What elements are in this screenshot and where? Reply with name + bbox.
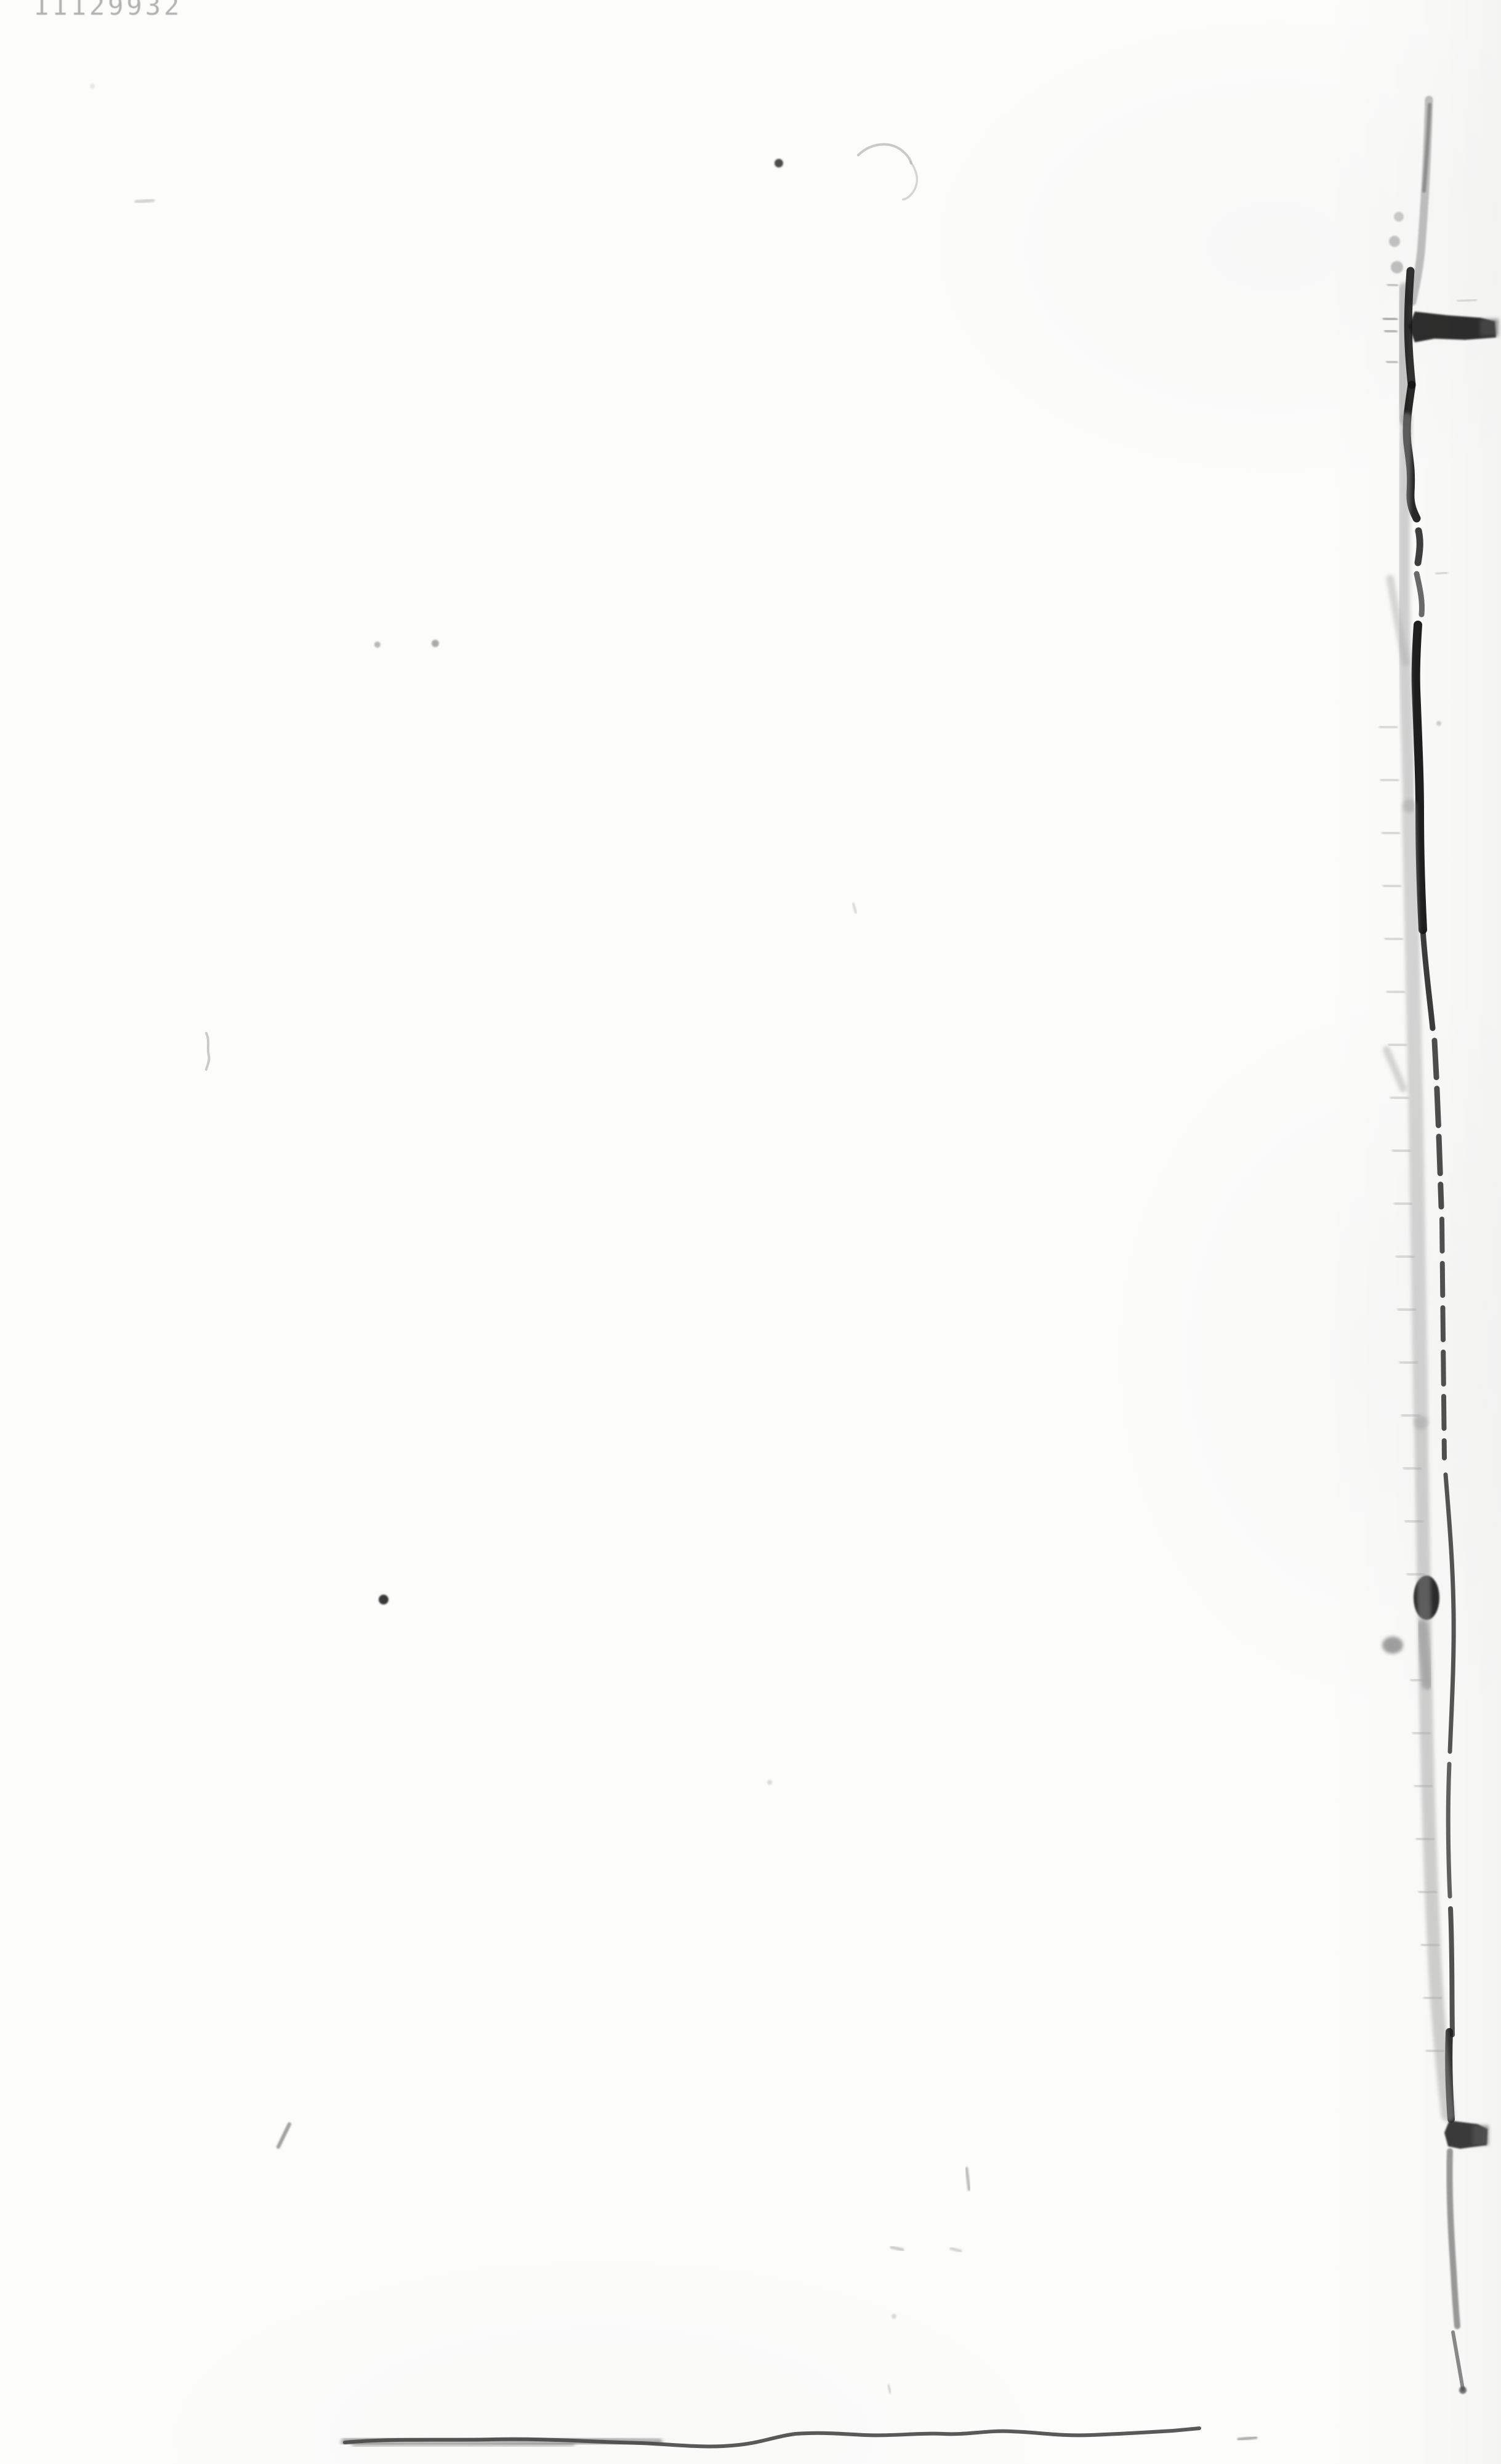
gutter-band-tick xyxy=(1389,991,1402,992)
gutter-dark-line-dashed-a xyxy=(1435,1041,1441,1207)
gutter-dark-line-dashed-b xyxy=(1442,1219,1444,1458)
scan-speck xyxy=(767,1780,772,1785)
gutter-band-tick xyxy=(1385,885,1399,887)
gutter-band-tick xyxy=(1417,1786,1430,1787)
gutter-ink-blob-left xyxy=(1382,1637,1403,1654)
book-gutter-streak xyxy=(1382,100,1499,2389)
pencil-marks xyxy=(206,144,917,1069)
gutter-band-tick xyxy=(1407,1521,1421,1522)
scan-dash xyxy=(137,200,153,202)
scan-artifacts-layer xyxy=(0,0,1501,2464)
gutter-band-tick xyxy=(1393,1097,1406,1098)
gutter-dark-line-curve xyxy=(1446,1475,1454,1752)
gutter-band-tick xyxy=(1398,1256,1412,1257)
scan-speck xyxy=(1459,2386,1467,2394)
gutter-gray-band-a xyxy=(1404,419,1409,807)
gutter-band-tick xyxy=(1402,1362,1415,1363)
gutter-tail xyxy=(1449,2151,1457,2326)
bottom-edge-line-fuzz-a xyxy=(345,2440,659,2442)
gutter-band-tick xyxy=(1391,1044,1404,1045)
scan-dash xyxy=(278,2124,289,2147)
gutter-band-tick xyxy=(1400,1309,1414,1310)
gutter-band-tick xyxy=(1382,727,1395,728)
scan-speck xyxy=(1391,261,1403,273)
scan-speck xyxy=(1436,721,1441,726)
scan-speck xyxy=(374,642,380,648)
gutter-band-tick xyxy=(1419,1838,1432,1840)
gutter-dark-line-c xyxy=(1418,531,1420,563)
gutter-dark-line-f xyxy=(1423,930,1433,1028)
bottom-edge-line-fuzz-b xyxy=(354,2444,573,2446)
scan-dash xyxy=(1458,300,1476,301)
gutter-band-tick xyxy=(1384,832,1398,834)
gutter-band-tick xyxy=(1396,1203,1410,1204)
gutter-dark-line-a xyxy=(1408,271,1412,385)
gutter-dark-line-h xyxy=(1451,1909,1452,2035)
scan-speck xyxy=(90,84,95,89)
scan-speck xyxy=(432,640,439,647)
gutter-band-tick xyxy=(1406,1468,1419,1469)
scan-speck xyxy=(379,1595,388,1604)
scan-dash xyxy=(1436,573,1447,574)
gutter-band-tick xyxy=(1421,1891,1435,1893)
top-arc-scratch-tail xyxy=(903,162,917,199)
gutter-dark-line-d xyxy=(1417,574,1422,614)
scan-speck xyxy=(1389,236,1400,247)
scan-dash xyxy=(967,2168,969,2189)
left-squiggle-mark xyxy=(206,1033,209,1069)
gutter-band-tick xyxy=(1423,1944,1437,1946)
gutter-band-tick xyxy=(1428,2050,1442,2051)
gutter-band-tick xyxy=(1415,1733,1428,1734)
scan-speck xyxy=(891,2314,896,2319)
gutter-band-tick xyxy=(1394,1150,1408,1151)
scan-dash xyxy=(951,2249,960,2251)
gutter-band-tick xyxy=(1426,1997,1439,1999)
gutter-side-streak-b xyxy=(1386,1050,1403,1089)
scan-dash xyxy=(1386,331,1395,332)
scan-dash xyxy=(1239,2438,1256,2439)
bottom-tape-mark-tail xyxy=(1473,2125,1489,2145)
gutter-band-tick xyxy=(1409,1574,1423,1575)
gutter-gray-band-c xyxy=(1421,1422,1448,2115)
gutter-dark-line-g xyxy=(1448,1764,1450,1896)
bottom-page-edge-line xyxy=(345,2428,1199,2446)
scan-dash xyxy=(1385,318,1395,320)
scan-speck xyxy=(775,159,783,167)
top-tape-mark-tail xyxy=(1480,319,1499,336)
gutter-band-tick xyxy=(1383,779,1396,781)
scan-dash xyxy=(1389,284,1396,286)
gutter-band-tick xyxy=(1404,1415,1417,1416)
scan-specks-layer xyxy=(90,84,1476,2439)
top-arc-scratch xyxy=(858,144,911,163)
scanned-page: 11129932 xyxy=(0,0,1501,2464)
gutter-tail-diagonal xyxy=(1453,2332,1463,2389)
gutter-band-tick xyxy=(1387,938,1401,940)
scan-dash xyxy=(891,2247,903,2250)
scan-speck xyxy=(1394,212,1404,222)
scan-dash xyxy=(1388,361,1396,363)
scan-dash xyxy=(853,904,856,912)
gutter-band-tick xyxy=(1413,1680,1427,1681)
scan-dash xyxy=(888,2385,890,2393)
